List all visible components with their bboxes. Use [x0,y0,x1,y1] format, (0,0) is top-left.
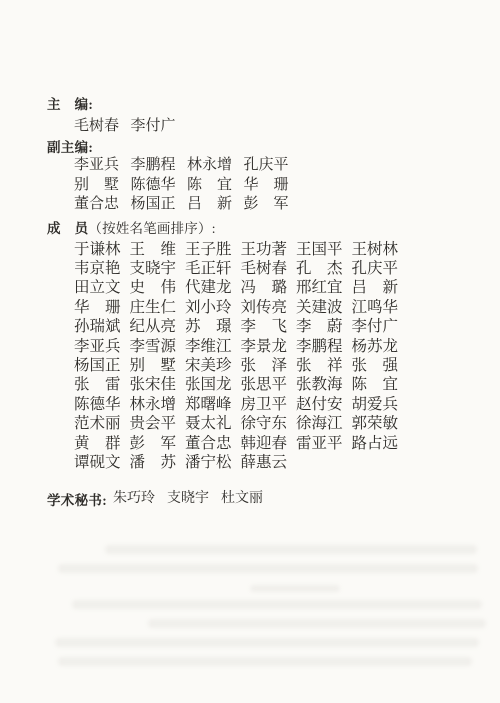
person-name: 宋美珍 [185,358,232,374]
person-name: 朱巧玲 [113,492,156,506]
person-name: 张教海 [296,377,343,393]
person-name: 陈德华 [74,397,121,413]
members-row: 谭砚文 潘 苏 潘宁松 薛惠云 [47,453,486,472]
members-row: 范术丽 贵会平 聂太礼 徐守东 徐海江 郭荣敏 [47,414,486,433]
person-name: 孔庆平 [352,261,399,277]
person-name: 李维江 [185,339,232,355]
person-name: 雷亚平 [296,436,343,452]
person-name: 陈 宜 [352,377,399,393]
members-label: 成 员 [47,217,88,237]
members-row: 陈德华 林永增 郑曙峰 房卫平 赵付安 胡爱兵 [47,395,486,414]
credits-content: 主 编: 毛树春 李付广 副主编: 李亚兵 李鹏程 林永增 孔庆平 别 墅 陈德… [47,93,486,509]
members-row: 李亚兵 李雪源 李维江 李景龙 李鹏程 杨苏龙 [47,337,486,356]
person-name: 庄生仁 [130,300,177,316]
person-name: 徐海江 [296,416,343,432]
person-name: 邢红宜 [296,280,343,296]
bleedthrough-mark [105,545,477,554]
person-name: 张 雷 [74,377,121,393]
person-name: 李鹏程 [296,339,343,355]
chief-editor-names-row: 毛树春 李付广 [47,116,486,135]
person-name: 李景龙 [241,339,288,355]
person-name: 王国平 [296,242,343,258]
person-name: 韩迎春 [241,436,288,452]
members-row: 韦京艳 支晓宇 毛正轩 毛树春 孔 杰 孔庆平 [47,259,486,278]
person-name: 支晓宇 [167,492,210,506]
person-name: 林永增 [130,397,177,413]
deputy-editors-row: 董合忠 杨国正 吕 新 彭 军 [47,195,486,214]
person-name: 代建龙 [185,280,232,296]
person-name: 张 祥 [296,358,343,374]
book-credits-page: 主 编: 毛树春 李付广 副主编: 李亚兵 李鹏程 林永增 孔庆平 别 墅 陈德… [0,0,500,703]
person-name: 别 墅 [74,178,119,193]
person-name: 薛惠云 [241,455,288,471]
chief-editor-heading: 主 编: [47,93,486,112]
person-name: 孔庆平 [244,158,289,173]
bleedthrough-mark [58,564,478,573]
person-name: 吕 新 [352,280,399,296]
person-name: 董合忠 [74,197,119,212]
members-row: 杨国正 别 墅 宋美珍 张 泽 张 祥 张 强 [47,356,486,375]
person-name: 李 飞 [241,319,288,335]
bleedthrough-mark [250,585,340,592]
person-name: 董合忠 [185,436,232,452]
person-name: 毛树春 [74,119,119,134]
members-row: 孙瑞斌 纪从亮 苏 璟 李 飞 李 蔚 李付广 [47,317,486,336]
person-name: 杨国正 [131,197,176,212]
person-name: 史 伟 [130,280,177,296]
person-name: 关建波 [296,300,343,316]
person-name: 黄 群 [74,436,121,452]
person-name: 田立文 [74,280,121,296]
person-name: 张 泽 [241,358,288,374]
deputy-editor-label: 副主编: [47,136,93,156]
members-row: 华 珊 庄生仁 刘小玲 刘传亮 关建波 江鸣华 [47,298,486,317]
person-name: 杨国正 [74,358,121,374]
person-name: 别 墅 [130,358,177,374]
person-name: 陈德华 [131,178,176,193]
academic-secretary-row: 学术秘书: 朱巧玲 支晓宇 杜文丽 [47,489,486,508]
academic-secretary-label: 学术秘书: [47,489,107,509]
person-name: 林永增 [187,158,232,173]
person-name: 房卫平 [241,397,288,413]
bleedthrough-mark [72,600,482,609]
person-name: 潘 苏 [130,455,177,471]
person-name: 李亚兵 [74,158,119,173]
person-name: 张 强 [352,358,399,374]
bleedthrough-mark [58,657,472,666]
person-name: 王子胜 [185,242,232,258]
person-name: 范术丽 [74,416,121,432]
person-name: 徐守东 [241,416,288,432]
person-name: 华 珊 [244,178,289,193]
person-name: 李雪源 [130,339,177,355]
person-name: 冯 璐 [241,280,288,296]
person-name: 郑曙峰 [185,397,232,413]
person-name: 孙瑞斌 [74,319,121,335]
deputy-editors-row: 李亚兵 李鹏程 林永增 孔庆平 [47,156,486,175]
person-name: 潘宁松 [185,455,232,471]
person-name: 于谦林 [74,242,121,258]
person-name: 刘小玲 [185,300,232,316]
members-row: 田立文 史 伟 代建龙 冯 璐 邢红宜 吕 新 [47,279,486,298]
person-name: 彭 军 [130,436,177,452]
person-name: 孔 杰 [296,261,343,277]
chief-editor-label: 主 编: [47,93,93,113]
person-name: 李鹏程 [131,158,176,173]
person-name: 贵会平 [130,416,177,432]
person-name: 谭砚文 [74,455,121,471]
bleedthrough-mark [55,638,479,647]
person-name: 吕 新 [187,197,232,212]
person-name: 路占远 [352,436,399,452]
person-name: 华 珊 [74,300,121,316]
members-heading: 成 员（按姓名笔画排序）: [47,217,486,236]
person-name: 李亚兵 [74,339,121,355]
person-name: 聂太礼 [185,416,232,432]
person-name: 杜文丽 [221,492,264,506]
person-name: 苏 璟 [185,319,232,335]
person-name: 支晓宇 [130,261,177,277]
person-name: 陈 宜 [187,178,232,193]
person-name: 张国龙 [185,377,232,393]
person-name: 韦京艳 [74,261,121,277]
person-name: 王树林 [352,242,399,258]
members-sort-note: （按姓名笔画排序）: [88,217,215,237]
person-name: 王功著 [241,242,288,258]
members-row: 张 雷 张宋佳 张国龙 张思平 张教海 陈 宜 [47,375,486,394]
person-name: 纪从亮 [130,319,177,335]
person-name: 彭 军 [244,197,289,212]
members-row: 于谦林 王 维 王子胜 王功著 王国平 王树林 [47,240,486,259]
person-name: 赵付安 [296,397,343,413]
person-name: 张宋佳 [130,377,177,393]
person-name: 张思平 [241,377,288,393]
person-name: 杨苏龙 [352,339,399,355]
bleedthrough-mark [148,619,486,628]
person-name: 刘传亮 [241,300,288,316]
person-name: 毛树春 [241,261,288,277]
deputy-editors-row: 别 墅 陈德华 陈 宜 华 珊 [47,176,486,195]
person-name: 胡爱兵 [352,397,399,413]
person-name: 李付广 [352,319,399,335]
deputy-editor-heading: 副主编: [47,137,486,156]
person-name: 毛正轩 [185,261,232,277]
members-row: 黄 群 彭 军 董合忠 韩迎春 雷亚平 路占远 [47,434,486,453]
person-name: 郭荣敏 [352,416,399,432]
person-name: 王 维 [130,242,177,258]
person-name: 江鸣华 [352,300,399,316]
person-name: 李 蔚 [296,319,343,335]
person-name: 李付广 [131,119,176,134]
